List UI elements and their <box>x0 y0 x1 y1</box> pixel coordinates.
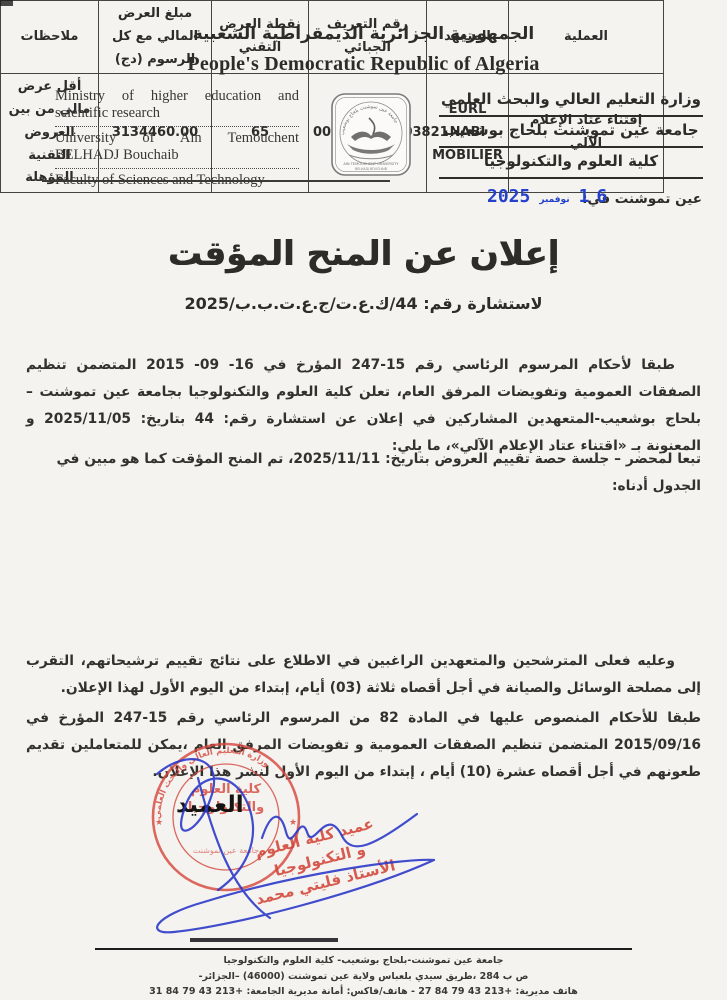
footer-institution: جامعة عين تموشنت-بلحاج بوشعيب- كلية العل… <box>0 953 727 969</box>
footer-divider <box>95 948 632 950</box>
date-stamp-year: 2025 <box>487 186 530 207</box>
paragraph-consultation-results-text: وعليه فعلى المترشحين والمتعهدين الراغبين… <box>26 653 701 696</box>
faculty-name-ar: كلية العلوم والتكنولوجيا <box>439 148 703 179</box>
footer-block: جامعة عين تموشنت-بلحاج بوشعيب- كلية العل… <box>0 953 727 1000</box>
ministry-name-ar: وزارة التعليم العالي والبحث العلمي <box>439 86 703 117</box>
footer-phones: هاتف مديرية: +213 43 79 84 27 - هاتف/فاك… <box>0 984 727 1000</box>
university-name-en: University of Ain Temouchent BELHADJ Bou… <box>55 127 299 169</box>
paragraph-consultation-results: وعليه فعلى المترشحين والمتعهدين الراغبين… <box>26 648 701 702</box>
republic-title-english: People's Democratic Republic of Algeria <box>0 53 727 76</box>
scan-artifact-bar <box>190 938 338 942</box>
logo-caption-en1: AIN TEMOUCHENT UNIVERSITY <box>343 162 399 166</box>
ministry-name-en: Ministry of higher education and scienti… <box>55 85 299 127</box>
republic-title-arabic: الجمهورية الجزائرية الديمقراطية الشعبية <box>0 24 727 44</box>
header-left-underline <box>42 180 390 182</box>
logo-caption-en2: BELHADJ BOUCHAIB <box>355 167 387 171</box>
scan-artifact-corner <box>0 0 13 6</box>
university-logo: جامعة عين تموشنت بلحاج بوشعيب AIN TEMOUC… <box>329 92 413 177</box>
header-right-block: وزارة التعليم العالي والبحث العلمي جامعة… <box>439 86 703 179</box>
paragraph-evaluation-session: تبعا لمحضر – جلسة حصة تقييم العروض بتاري… <box>26 446 701 500</box>
paragraph-legal-basis: طبقا لأحكام المرسوم الرئاسي رقم 15-247 ا… <box>26 352 701 460</box>
date-stamp-day: 16 <box>579 186 615 207</box>
paragraph-legal-basis-text: طبقا لأحكام المرسوم الرئاسي رقم 15-247 ا… <box>26 357 701 454</box>
header-left-block: Ministry of higher education and scienti… <box>55 85 299 193</box>
handwritten-signature <box>112 742 452 942</box>
footer-address: ص ب 284 ،طريق سيدي بلعباس ولاية عين تموش… <box>0 969 727 985</box>
university-name-ar: جامعة عين تموشنت بلحاج بوشعيب <box>439 117 703 148</box>
consultation-reference: لاستشارة رقم: 44/ك.ع.ت/ج.ع.ت.ب.ب/2025 <box>0 294 727 313</box>
date-stamp: 2025 نوفمبر 16 <box>487 186 614 207</box>
date-stamp-month: نوفمبر <box>539 195 569 205</box>
scanned-document-page: الجمهورية الجزائرية الديمقراطية الشعبية … <box>0 0 727 1000</box>
document-title: إعلان عن المنح المؤقت <box>0 234 727 274</box>
